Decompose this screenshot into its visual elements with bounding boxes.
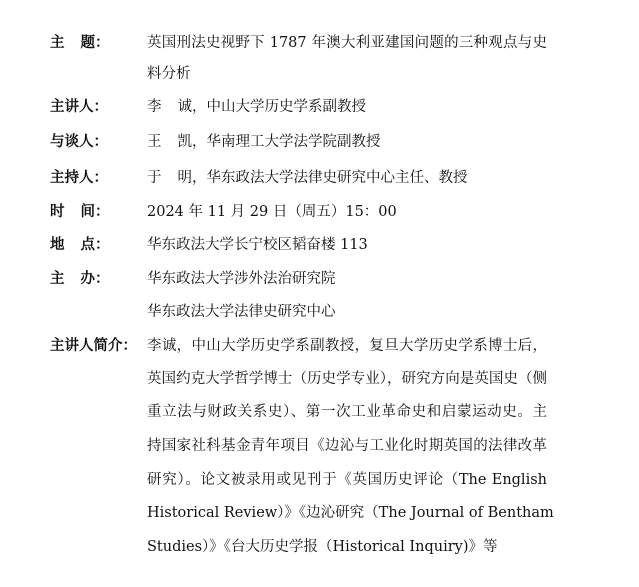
organizer-row: 主办： 华东政法大学涉外法治研究院 — [0, 269, 639, 302]
time-label: 时间： — [50, 202, 110, 222]
bio-line-4: 持国家社科基金青年项目《边沁与工业化时期英国的法律改革 — [147, 436, 547, 456]
bio-line-2: 英国约克大学哲学博士（历史学专业），研究方向是英国史（侧 — [147, 369, 547, 389]
speaker-label: 主讲人： — [50, 97, 108, 117]
topic-value-line-2: 料分析 — [147, 64, 191, 84]
organizer-value-2: 华东政法大学法律史研究中心 — [147, 302, 336, 322]
bio-row-7: Studies）》《台大历史学报（Historical Inquiry)》等 — [0, 537, 639, 570]
bio-label: 主讲人简介： — [50, 336, 137, 356]
location-value: 华东政法大学长宁校区韬奋楼 113 — [147, 235, 368, 255]
host-label: 主持人： — [50, 168, 108, 188]
organizer-label: 主办： — [50, 269, 110, 289]
bio-row-4: 持国家社科基金青年项目《边沁与工业化时期英国的法律改革 — [0, 436, 639, 469]
host-value: 于明，华东政法大学法律史研究中心主任、教授 — [147, 168, 468, 188]
discussant-row: 与谈人： 王凯，华南理工大学法学院副教授 — [0, 132, 639, 165]
speaker-value: 李诚，中山大学历史学系副教授 — [147, 97, 366, 117]
organizer-value-1: 华东政法大学涉外法治研究院 — [147, 269, 336, 289]
discussant-value: 王凯，华南理工大学法学院副教授 — [147, 132, 381, 152]
bio-line-3: 重立法与财政关系史）、第一次工业革命史和启蒙运动史。主 — [147, 402, 547, 422]
bio-row: 主讲人简介： 李诚，中山大学历史学系副教授，复旦大学历史学系博士后， — [0, 336, 639, 369]
bio-row-3: 重立法与财政关系史）、第一次工业革命史和启蒙运动史。主 — [0, 402, 639, 435]
topic-label: 主题： — [50, 33, 110, 53]
time-value: 2024 年 11 月 29 日（周五）15：00 — [147, 202, 397, 222]
bio-row-2: 英国约克大学哲学博士（历史学专业），研究方向是英国史（侧 — [0, 369, 639, 402]
topic-row-cont: 料分析 — [0, 64, 639, 97]
time-row: 时间： 2024 年 11 月 29 日（周五）15：00 — [0, 202, 639, 235]
topic-row: 主题： 英国刑法史视野下 1787 年澳大利亚建国问题的三种观点与史 — [0, 33, 639, 66]
host-row: 主持人： 于明，华东政法大学法律史研究中心主任、教授 — [0, 168, 639, 201]
bio-row-6: Historical Review）》《边沁研究（The Journal of … — [0, 503, 639, 536]
bio-line-5: 研究）。论文被录用或见刊于《英国历史评论（The English — [147, 470, 547, 490]
bio-row-5: 研究）。论文被录用或见刊于《英国历史评论（The English — [0, 470, 639, 503]
topic-value-line-1: 英国刑法史视野下 1787 年澳大利亚建国问题的三种观点与史 — [147, 33, 547, 53]
discussant-label: 与谈人： — [50, 132, 108, 152]
speaker-row: 主讲人： 李诚，中山大学历史学系副教授 — [0, 97, 639, 130]
bio-line-7: Studies）》《台大历史学报（Historical Inquiry)》等 — [147, 537, 498, 557]
location-label: 地点： — [50, 235, 110, 255]
bio-line-1: 李诚，中山大学历史学系副教授，复旦大学历史学系博士后， — [147, 336, 547, 356]
bio-line-6: Historical Review）》《边沁研究（The Journal of … — [147, 503, 547, 523]
organizer-row-cont: 华东政法大学法律史研究中心 — [0, 302, 639, 335]
location-row: 地点： 华东政法大学长宁校区韬奋楼 113 — [0, 235, 639, 268]
